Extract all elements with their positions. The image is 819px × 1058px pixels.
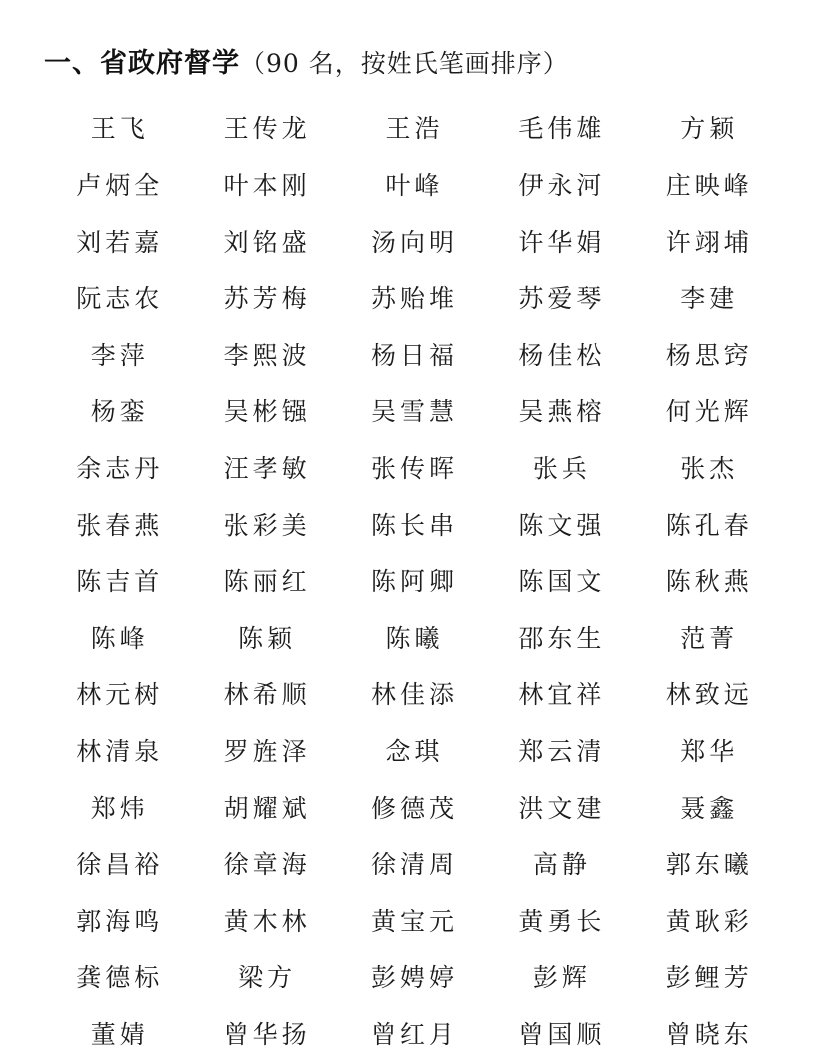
name-cell: 吴彬镪 [191, 382, 338, 439]
name-cell: 张彩美 [191, 495, 338, 552]
name-cell: 杨日福 [339, 325, 486, 382]
name-cell: 徐章海 [191, 835, 338, 892]
name-cell: 洪文建 [486, 778, 633, 835]
name-cell: 张杰 [634, 439, 781, 496]
name-cell: 林宜祥 [486, 665, 633, 722]
name-cell: 黄木林 [191, 891, 338, 948]
name-cell: 林佳添 [339, 665, 486, 722]
name-cell: 李熙波 [191, 325, 338, 382]
name-cell: 龚德标 [44, 948, 191, 1005]
name-cell: 曾华扬 [191, 1005, 338, 1058]
name-cell: 郑华 [634, 722, 781, 779]
name-cell: 陈阿卿 [339, 552, 486, 609]
name-cell: 苏芳梅 [191, 269, 338, 326]
name-cell: 杨銮 [44, 382, 191, 439]
page-title: 一、省政府督学（90 名，按姓氏笔画排序） [44, 46, 781, 81]
name-cell: 王飞 [44, 99, 191, 156]
document-page: 一、省政府督学（90 名，按姓氏笔画排序） 王飞王传龙王浩毛伟雄方颖卢炳全叶本刚… [0, 0, 819, 1058]
name-cell: 范菁 [634, 608, 781, 665]
name-cell: 郑云清 [486, 722, 633, 779]
name-cell: 伊永河 [486, 156, 633, 213]
name-cell: 杨佳松 [486, 325, 633, 382]
name-cell: 陈曦 [339, 608, 486, 665]
name-cell: 汤向明 [339, 212, 486, 269]
name-cell: 叶峰 [339, 156, 486, 213]
name-cell: 高静 [486, 835, 633, 892]
name-cell: 黄耿彩 [634, 891, 781, 948]
name-cell: 胡耀斌 [191, 778, 338, 835]
name-cell: 苏爱琴 [486, 269, 633, 326]
name-cell: 林希顺 [191, 665, 338, 722]
heading-section-label: 一、省政府督学 [44, 48, 240, 79]
name-cell: 聂鑫 [634, 778, 781, 835]
name-cell: 李萍 [44, 325, 191, 382]
name-cell: 陈文强 [486, 495, 633, 552]
name-cell: 陈峰 [44, 608, 191, 665]
name-cell: 梁方 [191, 948, 338, 1005]
name-cell: 吴燕榕 [486, 382, 633, 439]
name-cell: 陈丽红 [191, 552, 338, 609]
name-cell: 苏贻堆 [339, 269, 486, 326]
name-cell: 吴雪慧 [339, 382, 486, 439]
name-cell: 念琪 [339, 722, 486, 779]
name-cell: 方颖 [634, 99, 781, 156]
name-cell: 彭鲤芳 [634, 948, 781, 1005]
name-cell: 许翊埔 [634, 212, 781, 269]
name-cell: 郭东曦 [634, 835, 781, 892]
name-cell: 黄勇长 [486, 891, 633, 948]
name-cell: 林致远 [634, 665, 781, 722]
name-cell: 刘若嘉 [44, 212, 191, 269]
name-cell: 董婧 [44, 1005, 191, 1058]
name-cell: 毛伟雄 [486, 99, 633, 156]
name-cell: 余志丹 [44, 439, 191, 496]
name-cell: 曾晓东 [634, 1005, 781, 1058]
name-cell: 杨思窍 [634, 325, 781, 382]
name-cell: 林清泉 [44, 722, 191, 779]
name-cell: 李建 [634, 269, 781, 326]
name-cell: 何光辉 [634, 382, 781, 439]
name-cell: 卢炳全 [44, 156, 191, 213]
name-cell: 许华娟 [486, 212, 633, 269]
name-cell: 叶本刚 [191, 156, 338, 213]
name-cell: 罗旌泽 [191, 722, 338, 779]
name-cell: 张春燕 [44, 495, 191, 552]
name-cell: 阮志农 [44, 269, 191, 326]
name-cell: 庄映峰 [634, 156, 781, 213]
name-cell: 王浩 [339, 99, 486, 156]
name-cell: 陈秋燕 [634, 552, 781, 609]
name-grid: 王飞王传龙王浩毛伟雄方颖卢炳全叶本刚叶峰伊永河庄映峰刘若嘉刘铭盛汤向明许华娟许翊… [44, 99, 781, 1058]
heading-detail-note: （90 名，按姓氏笔画排序） [240, 49, 569, 78]
name-cell: 黄宝元 [339, 891, 486, 948]
name-cell: 徐清周 [339, 835, 486, 892]
name-cell: 刘铭盛 [191, 212, 338, 269]
name-cell: 陈国文 [486, 552, 633, 609]
name-cell: 彭辉 [486, 948, 633, 1005]
name-cell: 汪孝敏 [191, 439, 338, 496]
name-cell: 陈颖 [191, 608, 338, 665]
name-cell: 陈孔春 [634, 495, 781, 552]
name-cell: 王传龙 [191, 99, 338, 156]
name-cell: 邵东生 [486, 608, 633, 665]
name-cell: 徐昌裕 [44, 835, 191, 892]
name-cell: 林元树 [44, 665, 191, 722]
name-cell: 曾红月 [339, 1005, 486, 1058]
name-cell: 修德茂 [339, 778, 486, 835]
name-cell: 陈长串 [339, 495, 486, 552]
name-cell: 张传晖 [339, 439, 486, 496]
name-cell: 张兵 [486, 439, 633, 496]
name-cell: 郑炜 [44, 778, 191, 835]
name-cell: 曾国顺 [486, 1005, 633, 1058]
name-cell: 彭娉婷 [339, 948, 486, 1005]
name-cell: 陈吉首 [44, 552, 191, 609]
name-cell: 郭海鸣 [44, 891, 191, 948]
